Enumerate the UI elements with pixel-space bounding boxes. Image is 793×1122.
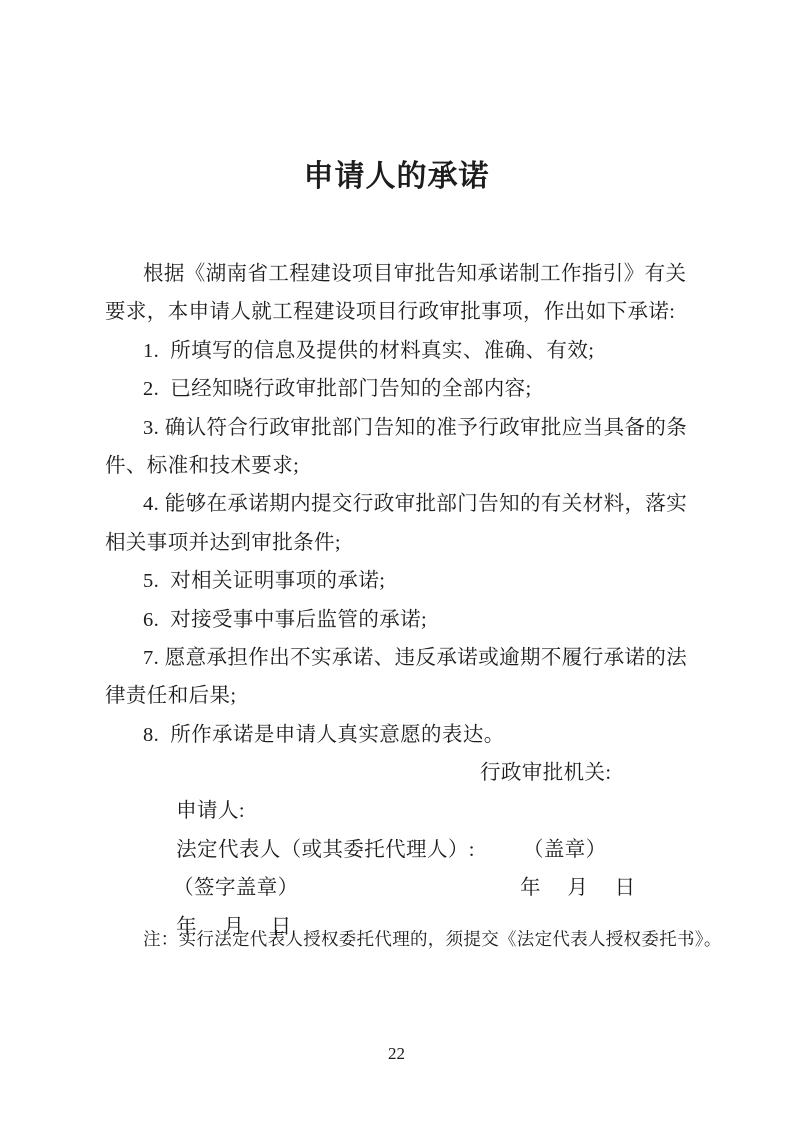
list-item-line: 7. 愿意承担作出不实承诺、违反承诺或逾期不履行承诺的法	[105, 639, 705, 677]
seal-label: （盖章）	[523, 831, 607, 869]
list-item-line: 相关事项并达到审批条件;	[105, 524, 705, 562]
date-line-right: 年 月 日	[520, 869, 636, 907]
paragraph-line: 根据《湖南省工程建设项目审批告知承诺制工作指引》有关	[105, 255, 705, 293]
document-body: 根据《湖南省工程建设项目审批告知承诺制工作指引》有关 要求，本申请人就工程建设项…	[105, 255, 705, 951]
list-item-line: 5. 对相关证明事项的承诺;	[105, 562, 705, 600]
list-item-line: 8. 所作承诺是申请人真实意愿的表达。	[105, 716, 705, 754]
signature-row-applicant: 申请人: 行政审批机关:	[105, 754, 705, 792]
signature-row-legal-rep: 法定代表人（或其委托代理人）:	[105, 792, 705, 830]
signature-row-seal: （签字盖章） （盖章）	[105, 831, 705, 869]
signature-row-date: 年 月 日 年 月 日	[105, 869, 705, 907]
list-item-line: 2. 已经知晓行政审批部门告知的全部内容;	[105, 370, 705, 408]
list-item-line: 6. 对接受事中事后监管的承诺;	[105, 601, 705, 639]
list-item-line: 4. 能够在承诺期内提交行政审批部门告知的有关材料，落实	[105, 485, 705, 523]
list-item-line: 3. 确认符合行政审批部门告知的准予行政审批应当具备的条	[105, 409, 705, 447]
date-line-left: 年 月 日	[138, 908, 292, 946]
document-title: 申请人的承诺	[0, 156, 793, 198]
paragraph-line: 要求，本申请人就工程建设项目行政审批事项，作出如下承诺:	[105, 293, 705, 331]
page-number: 22	[0, 1042, 793, 1066]
list-item-line: 律责任和后果;	[105, 677, 705, 715]
document-page: 申请人的承诺 根据《湖南省工程建设项目审批告知承诺制工作指引》有关 要求，本申请…	[0, 0, 793, 1122]
list-item-line: 件、标准和技术要求;	[105, 447, 705, 485]
list-item-line: 1. 所填写的信息及提供的材料真实、准确、有效;	[105, 332, 705, 370]
approval-authority-label: 行政审批机关:	[480, 754, 612, 792]
